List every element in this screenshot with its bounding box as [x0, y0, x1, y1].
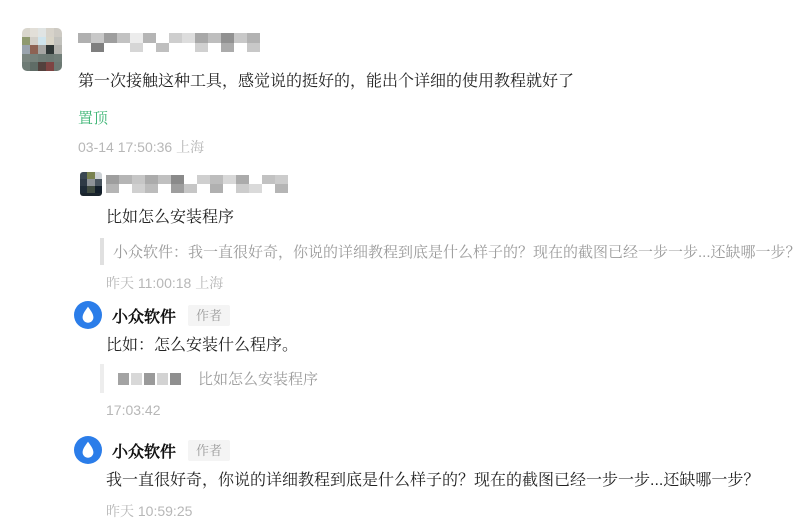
water-drop-avatar-icon [74, 301, 102, 329]
reply-text: 比如：怎么安装什么程序。 [106, 335, 800, 357]
timestamp: 昨天 10:59:25 [106, 501, 800, 521]
quote-block: 小众软件：我一直很好奇，你说的详细教程到底是什么样子的？现在的截图已经一步一步.… [100, 238, 800, 265]
pin-button[interactable]: 置顶 [78, 109, 108, 129]
reply-text: 我一直很好奇，你说的详细教程到底是什么样子的？现在的截图已经一步一步...还缺哪… [106, 470, 800, 492]
quote-bar [100, 364, 104, 393]
comment-thread: 第一次接触这种工具，感觉说的挺好的，能出个详细的使用教程就好了 置顶 03-14… [0, 0, 800, 531]
timestamp: 昨天 11:00:18 上海 [106, 273, 800, 293]
timestamp: 17:03:42 [106, 400, 800, 420]
redacted-username [78, 33, 800, 52]
reply-text: 比如怎么安装程序 [106, 207, 800, 229]
author-name: 小众软件 [112, 304, 176, 327]
reply-item: 比如怎么安装程序 小众软件：我一直很好奇，你说的详细教程到底是什么样子的？现在的… [74, 171, 800, 293]
redacted-avatar [80, 172, 102, 196]
author-badge: 作者 [188, 440, 230, 461]
redacted-avatar [22, 28, 62, 71]
timestamp: 03-14 17:50:36 上海 [78, 137, 800, 157]
author-name: 小众软件 [112, 439, 176, 462]
quote-text: 比如怎么安装程序 [198, 368, 318, 389]
reply-item: 小众软件 作者 比如：怎么安装什么程序。 比如怎么安装程序 17:03:42 [74, 301, 800, 420]
quote-text: 小众软件：我一直很好奇，你说的详细教程到底是什么样子的？现在的截图已经一步一步.… [113, 241, 800, 262]
replies-list: 比如怎么安装程序 小众软件：我一直很好奇，你说的详细教程到底是什么样子的？现在的… [74, 171, 800, 521]
redacted-username [118, 373, 181, 385]
redacted-username [106, 175, 288, 193]
water-drop-avatar-icon [74, 436, 102, 464]
comment-root: 第一次接触这种工具，感觉说的挺好的，能出个详细的使用教程就好了 置顶 03-14… [22, 28, 800, 521]
comment-text: 第一次接触这种工具，感觉说的挺好的，能出个详细的使用教程就好了 [78, 71, 800, 93]
author-badge: 作者 [188, 305, 230, 326]
quote-bar [100, 238, 104, 265]
reply-item: 小众软件 作者 我一直很好奇，你说的详细教程到底是什么样子的？现在的截图已经一步… [74, 436, 800, 521]
quote-block: 比如怎么安装程序 [100, 364, 800, 393]
